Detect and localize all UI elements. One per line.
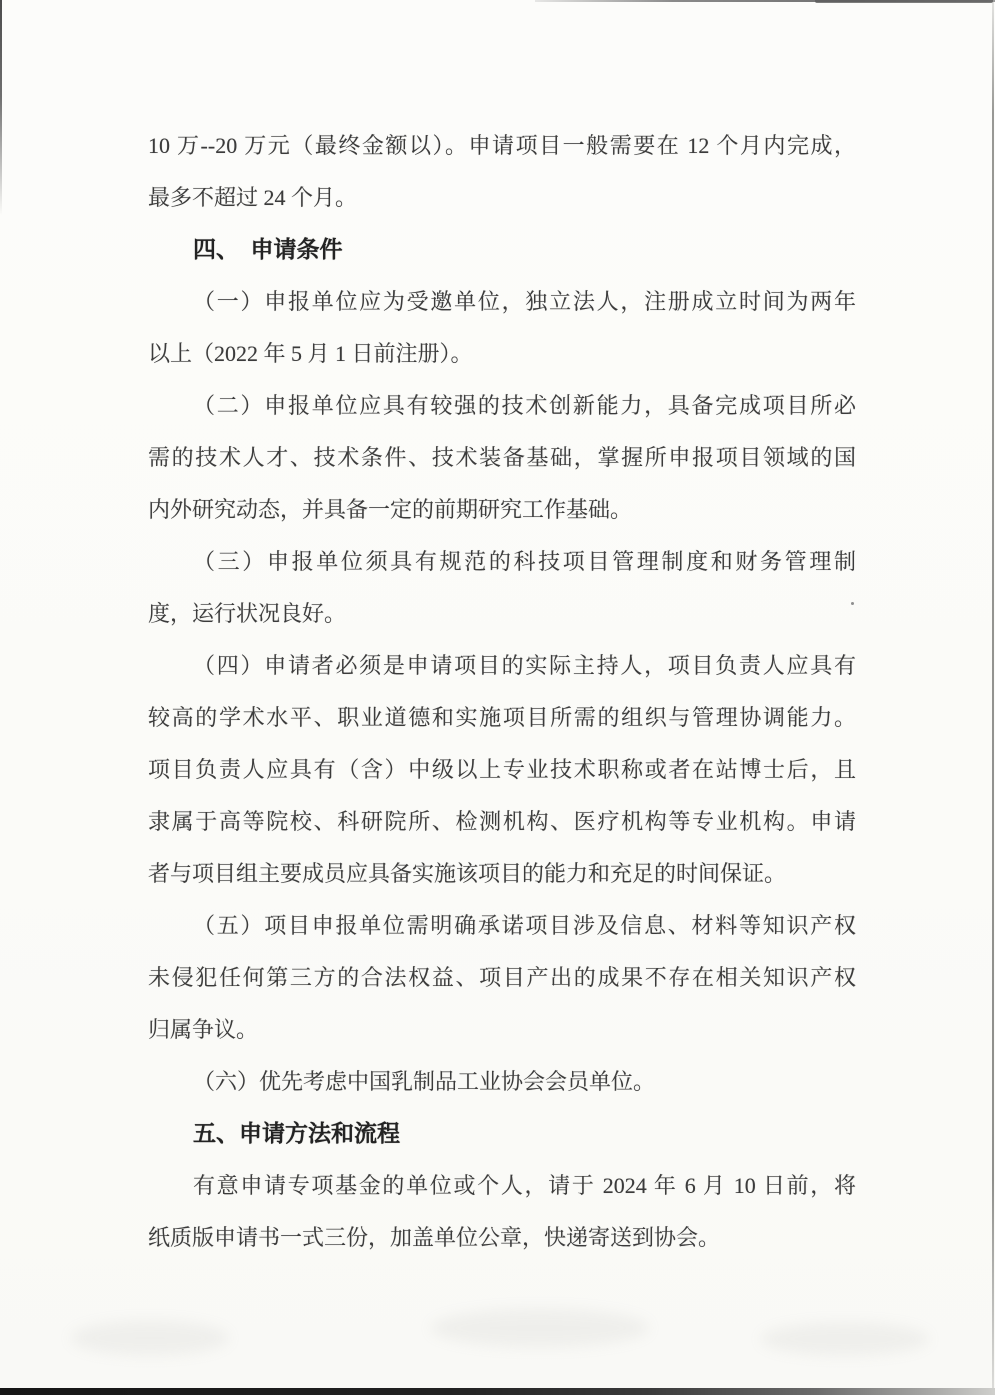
scan-edge-right [992,2,994,1388]
text-line: 最多不超过 24 个月。 [148,172,856,224]
text-line: 度，运行状况良好。 [148,588,856,640]
text-line: 纸质版申请书一式三份，加盖单位公章，快递寄送到协会。 [148,1212,856,1264]
text-line: （三）申报单位须具有规范的科技项目管理制度和财务管理制 [148,536,856,588]
text-line: 以上（2022 年 5 月 1 日前注册）。 [148,328,856,380]
section-heading: 五、申请方法和流程 [148,1108,856,1160]
text-line: 项目负责人应具有（含）中级以上专业技术职称或者在站博士后，且 [148,744,856,796]
text-line: 内外研究动态，并具备一定的前期研究工作基础。 [148,484,856,536]
text-line: （一）申报单位应为受邀单位，独立法人，注册成立时间为两年 [148,276,856,328]
text-line: （五）项目申报单位需明确承诺项目涉及信息、材料等知识产权 [148,900,856,952]
text-line: 隶属于高等院校、科研院所、检测机构、医疗机构等专业机构。申请 [148,796,856,848]
document-body: 10 万--20 万元（最终金额以）。申请项目一般需要在 12 个月内完成，最多… [148,120,856,1264]
text-line: 需的技术人才、技术条件、技术装备基础，掌握所申报项目领域的国 [148,432,856,484]
text-line: 归属争议。 [148,1004,856,1056]
section-heading: 四、 申请条件 [148,224,856,276]
text-line: （二）申报单位应具有较强的技术创新能力，具备完成项目所必 [148,380,856,432]
text-line: 未侵犯任何第三方的合法权益、项目产出的成果不存在相关知识产权 [148,952,856,1004]
scan-edge-top-dark-segment [815,0,993,3]
text-line: （六）优先考虑中国乳制品工业协会会员单位。 [148,1056,856,1108]
scanned-page: 10 万--20 万元（最终金额以）。申请项目一般需要在 12 个月内完成，最多… [0,0,995,1395]
text-line: 有意申请专项基金的单位或个人，请于 2024 年 6 月 10 日前，将 [148,1160,856,1212]
scan-smudge [430,1308,650,1348]
text-line: 10 万--20 万元（最终金额以）。申请项目一般需要在 12 个月内完成， [148,120,856,172]
scan-smudge [760,1322,930,1356]
scan-edge-left [0,0,2,215]
text-line: 较高的学术水平、职业道德和实施项目所需的组织与管理协调能力。 [148,692,856,744]
text-line: （四）申请者必须是申请项目的实际主持人，项目负责人应具有 [148,640,856,692]
text-line: 者与项目组主要成员应具备实施该项目的能力和充足的时间保证。 [148,848,856,900]
scan-edge-bottom-bar [0,1388,995,1395]
scan-smudge [70,1320,230,1356]
scan-speck [851,602,854,605]
